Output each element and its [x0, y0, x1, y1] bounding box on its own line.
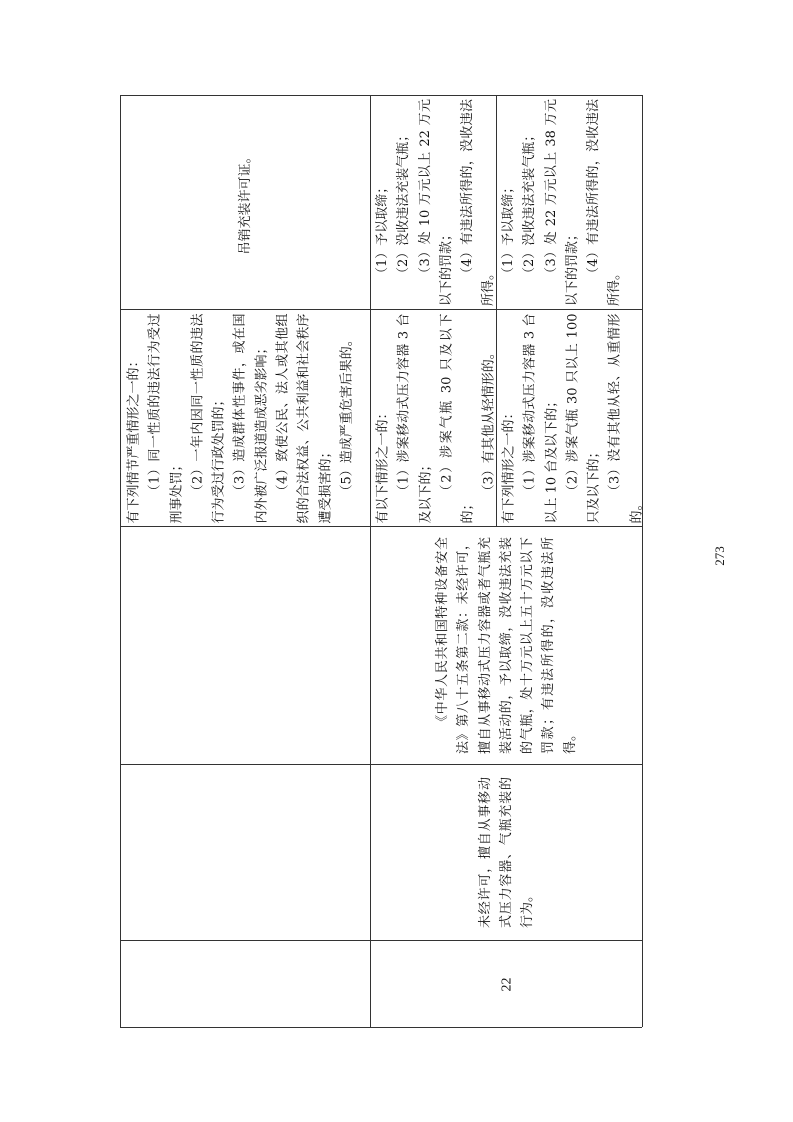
- cell-empty-1: [121, 527, 370, 764]
- severe-item-4: （4）致使公民、法人或其他组织的合法权益、公共利益和社会秩序遭受损害的；: [272, 313, 336, 523]
- severe-penalty-text: 吊销充装许可证。: [235, 151, 256, 255]
- level1-item-3: （3）有其他从轻情形的。: [478, 313, 496, 523]
- level2-penalty-item-1: （1）予以取缔；: [498, 99, 519, 306]
- cell-level2-penalty: （1）予以取缔； （2）没收违法充装气瓶； （3）处 22 万元以上 38 万元…: [497, 96, 642, 309]
- table-border-bottom: [120, 1027, 642, 1028]
- cell-empty-2: [121, 765, 370, 940]
- serial-number: 22: [496, 977, 517, 991]
- severe-intro: 有下列情节严重情形之一的：: [123, 313, 144, 523]
- cell-level2-circumstance: 有下列情形之一的： （1）涉案移动式压力容器 3 台以上 10 台及以下的； （…: [497, 310, 642, 526]
- level1-item-1: （1）涉案移动式压力容器 3 台及以下的；: [393, 313, 436, 523]
- violation-text: 未经许可，擅自从事移动式压力容器、气瓶充装的行为。: [475, 777, 539, 928]
- severe-item-3: （3）造成群体性事件，或在国内外被广泛报道造成恶劣影响；: [229, 313, 272, 523]
- level1-item-2: （2）涉案气瓶 30 只及以下的；: [436, 313, 479, 523]
- level2-item-1: （1）涉案移动式压力容器 3 台以上 10 台及以下的；: [519, 313, 562, 523]
- cell-violation: 未经许可，擅自从事移动式压力容器、气瓶充装的行为。: [371, 765, 642, 940]
- level2-intro: 有下列情形之一的：: [498, 313, 519, 523]
- level1-intro: 有以下情形之一的：: [372, 313, 393, 523]
- cell-legal-basis: 《中华人民共和国特种设备安全法》第八十五条第二款：未经许可，擅自从事移动式压力容…: [371, 527, 642, 764]
- level2-penalty-item-4: （4）有违法所得的，没收违法所得。: [583, 99, 626, 306]
- page-number-text: 273: [712, 536, 728, 576]
- cell-severe-circumstance: 有下列情节严重情形之一的： （1）同一性质的违法行为受过刑事处罚； （2）一年内…: [121, 310, 370, 526]
- level2-item-2: （2）涉案气瓶 30 只以上 100 只及以下的；: [562, 313, 605, 523]
- level2-item-3: （3）没有其他从轻、从重情形的。: [604, 313, 642, 523]
- level1-penalty-item-1: （1）予以取缔；: [372, 99, 393, 306]
- page-number: 273: [700, 548, 740, 568]
- severe-item-5: （5）造成严重危害后果的。: [336, 313, 357, 523]
- level1-penalty-item-2: （2）没收违法充装气瓶；: [393, 99, 414, 306]
- level2-penalty-item-3: （3）处 22 万元以上 38 万元以下的罚款；: [541, 99, 584, 306]
- cell-severe-penalty: 吊销充装许可证。: [121, 96, 370, 309]
- severe-item-2: （2）一年内因同一性质的违法行为受过行政处罚的；: [187, 313, 230, 523]
- level1-penalty-item-3: （3）处 10 万元以上 22 万元以下的罚款；: [415, 99, 458, 306]
- table-border-right: [642, 95, 643, 1027]
- cell-empty-3: [121, 941, 370, 1027]
- cell-level1-penalty: （1）予以取缔； （2）没收违法充装气瓶； （3）处 10 万元以上 22 万元…: [371, 96, 496, 309]
- legal-basis-text: 《中华人民共和国特种设备安全法》第八十五条第二款：未经许可，擅自从事移动式压力容…: [432, 537, 581, 754]
- level1-penalty-item-4: （4）有违法所得的，没收违法所得。: [457, 99, 496, 306]
- cell-level1-circumstance: 有以下情形之一的： （1）涉案移动式压力容器 3 台及以下的； （2）涉案气瓶 …: [371, 310, 496, 526]
- level2-penalty-item-2: （2）没收违法充装气瓶；: [519, 99, 540, 306]
- cell-serial: 22: [371, 941, 642, 1027]
- severe-item-1: （1）同一性质的违法行为受过刑事处罚；: [144, 313, 187, 523]
- document-page: 吊销充装许可证。 有下列情节严重情形之一的： （1）同一性质的违法行为受过刑事处…: [0, 0, 793, 1122]
